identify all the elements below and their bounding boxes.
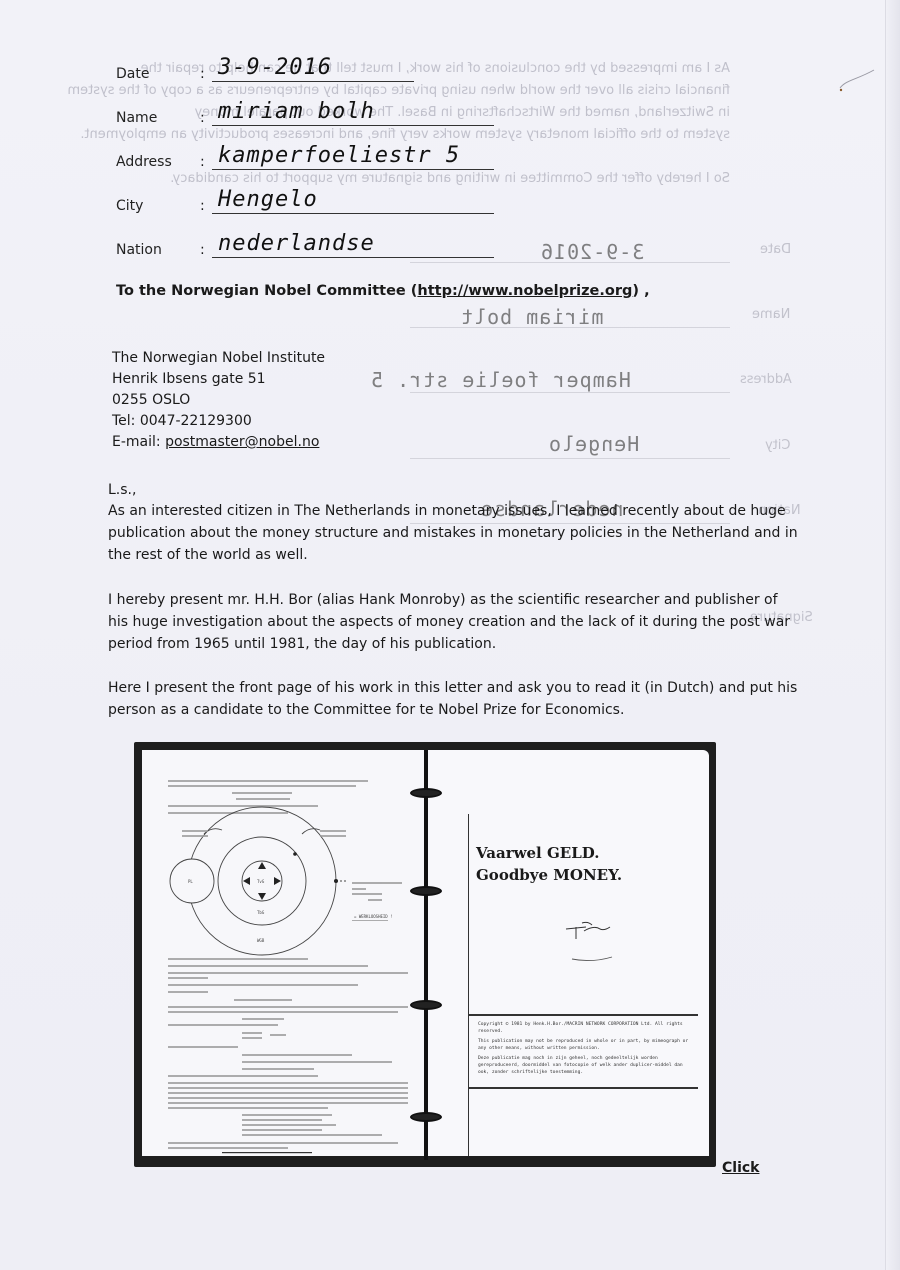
cover-frame-line (468, 1087, 698, 1089)
date-label: Date (116, 66, 200, 82)
nobelprize-link[interactable]: http://www.nobelprize.org (417, 283, 632, 299)
bleed-handwriting-date: 3-9-2016 (540, 240, 644, 264)
page-edge-shadow (885, 0, 900, 1270)
nation-field[interactable]: nederlandse (212, 232, 494, 258)
name-field[interactable]: miriam bolh (212, 100, 494, 126)
bleed-label-address: Address (740, 372, 792, 387)
nation-label: Nation (116, 242, 200, 258)
form-row-date: Date : 3-9-2016 (116, 56, 414, 82)
svg-text:WGB: WGB (257, 938, 265, 943)
bleed-label-date: Date (760, 242, 791, 257)
name-label: Name (116, 110, 200, 126)
address-line: Tel: 0047-22129300 (112, 411, 325, 432)
address-line: 0255 OSLO (112, 390, 325, 411)
city-label: City (116, 198, 200, 214)
address-line: Henrik Ibsens gate 51 (112, 369, 325, 390)
svg-text:TvG: TvG (257, 879, 265, 884)
click-link[interactable]: Click (722, 1160, 759, 1176)
bleed-rule (410, 392, 730, 393)
salutation: L.s., (108, 479, 798, 501)
copyright-notice: Copyright © 1981 by Henk.H.Bor./MACRIN N… (478, 1021, 696, 1079)
bleed-label-city: City (765, 438, 790, 453)
binder-ring (410, 788, 442, 798)
address-label: Address (116, 154, 200, 170)
svg-text:= WERKLOOSHEID !: = WERKLOOSHEID ! (354, 914, 393, 919)
book-title: Vaarwel GELD. Goodbye MONEY. (476, 842, 622, 886)
svg-text:PL: PL (188, 879, 193, 884)
bleed-handwriting-name: miriam bolt (460, 305, 603, 329)
book-cover-photo: PL TvG TbG WGB = WERKLOOSHEID ! (134, 742, 716, 1167)
author-signature (564, 917, 624, 967)
binder-ring (410, 1112, 442, 1122)
paragraph-2: I hereby present mr. H.H. Bor (alias Han… (108, 589, 798, 655)
bleed-rule (410, 327, 730, 328)
bleed-rule (410, 262, 730, 263)
monetary-diagram-page: PL TvG TbG WGB = WERKLOOSHEID ! (142, 750, 426, 1156)
date-field[interactable]: 3-9-2016 (212, 56, 414, 82)
city-field[interactable]: Hengelo (212, 188, 494, 214)
form-row-name: Name : miriam bolh (116, 100, 494, 126)
form-row-city: City : Hengelo (116, 188, 494, 214)
paper-crease-mark (838, 66, 876, 102)
svg-text:TbG: TbG (257, 910, 265, 915)
scanned-letter-page: As I am impressed by the conclusions of … (0, 0, 900, 1270)
binder-ring (410, 1000, 442, 1010)
email-line: E-mail: postmaster@nobel.no (112, 432, 325, 453)
paragraph-3: Here I present the front page of his wor… (108, 677, 798, 721)
binder-spine (424, 750, 428, 1160)
paragraph-1: As an interested citizen in The Netherla… (108, 500, 798, 566)
binder-ring (410, 886, 442, 896)
bleed-handwriting-address: Hamper foelie str. 5 (370, 368, 631, 392)
form-row-address: Address : kamperfoeliestr 5 (116, 144, 494, 170)
email-link[interactable]: postmaster@nobel.no (165, 434, 319, 450)
bleed-rule (410, 458, 730, 459)
cover-frame-line (468, 814, 469, 1156)
recipient-heading: To the Norwegian Nobel Committee (http:/… (116, 283, 650, 299)
bleed-label-name: Name (752, 307, 790, 322)
recipient-address: The Norwegian Nobel Institute Henrik Ibs… (112, 348, 325, 453)
bleed-handwriting-city: Hengelo (548, 432, 639, 456)
cover-frame-line (468, 1014, 698, 1016)
address-field[interactable]: kamperfoeliestr 5 (212, 144, 494, 170)
book-left-page: PL TvG TbG WGB = WERKLOOSHEID ! (142, 750, 426, 1156)
address-line: The Norwegian Nobel Institute (112, 348, 325, 369)
form-row-nation: Nation : nederlandse (116, 232, 494, 258)
